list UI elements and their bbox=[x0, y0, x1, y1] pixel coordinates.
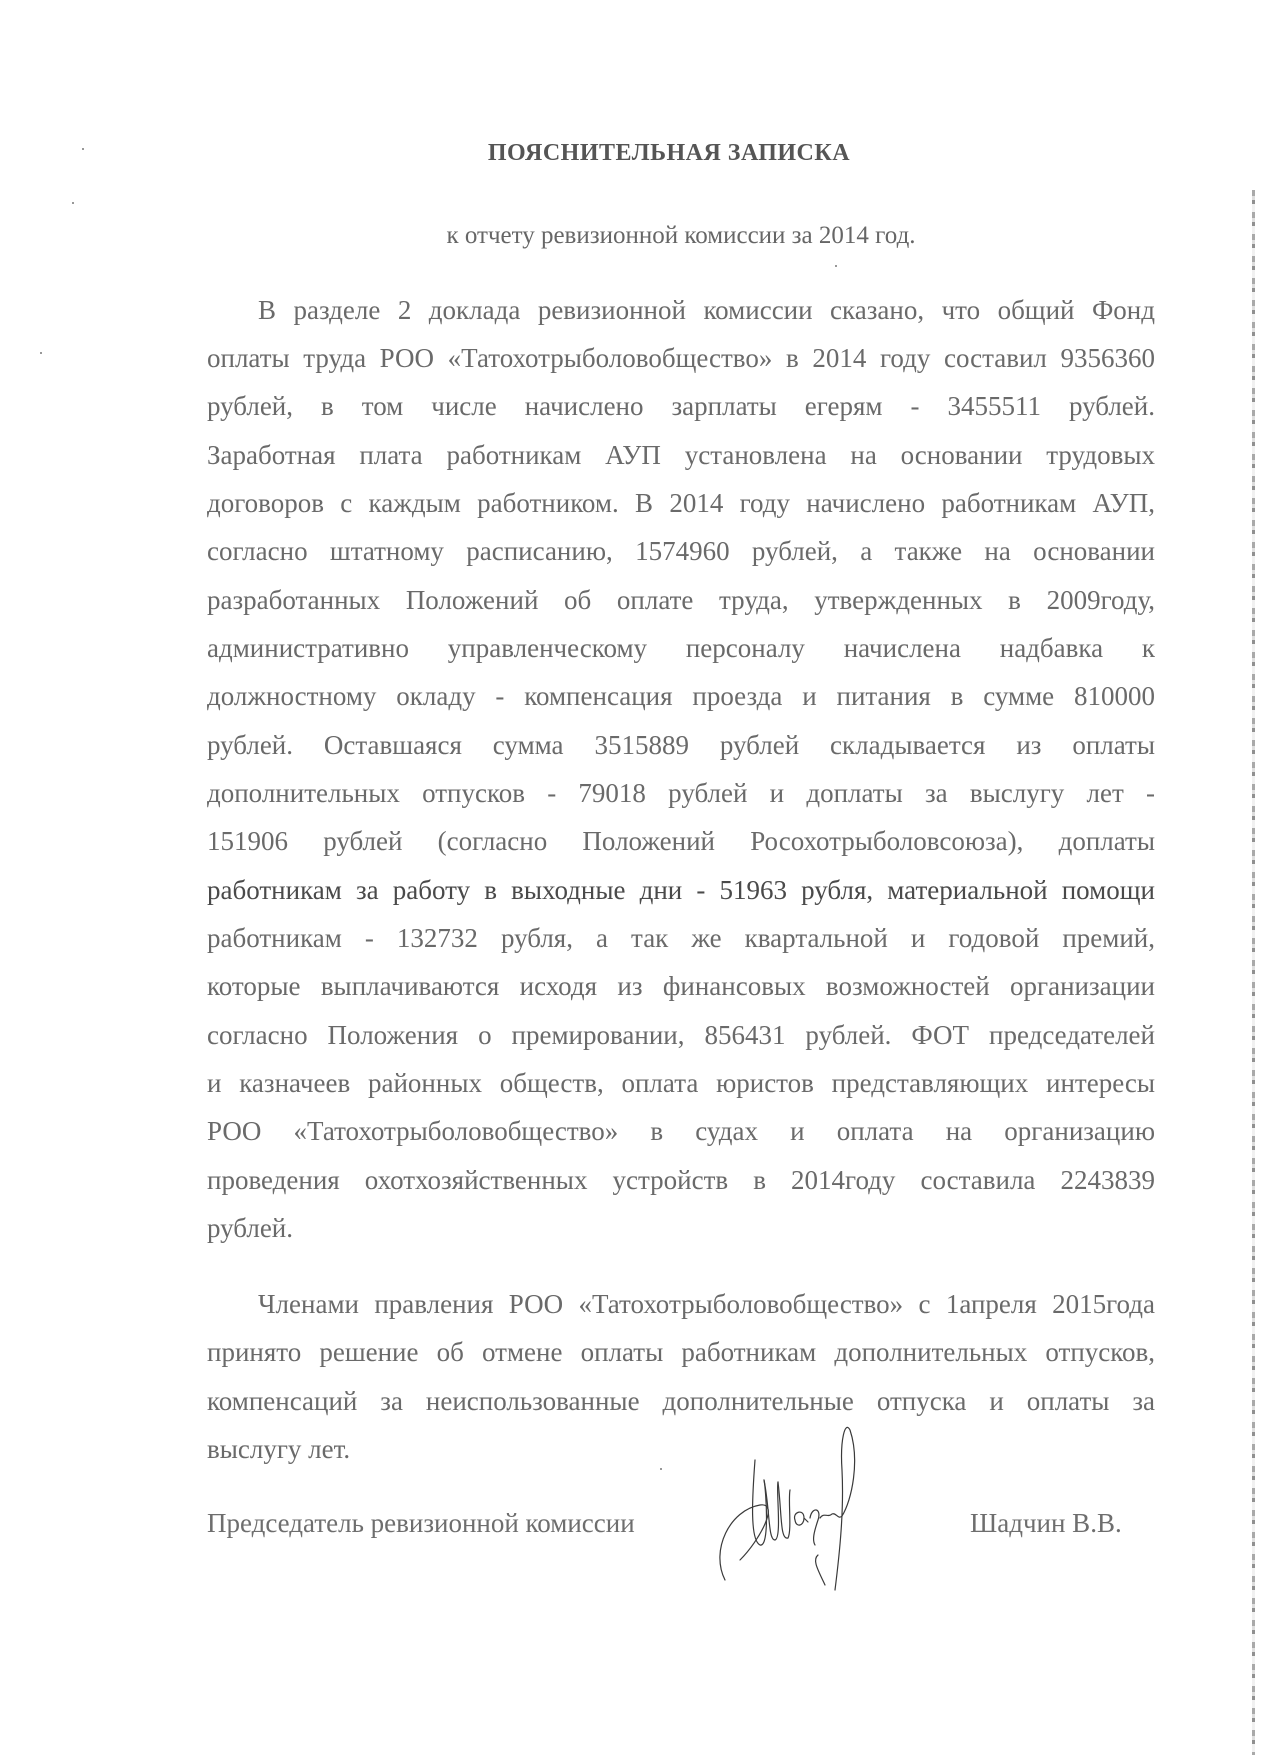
text-line: согласно Положения о премировании, 85643… bbox=[207, 1015, 1155, 1055]
signer-position: Председатель ревизионной комиссии bbox=[207, 1503, 635, 1543]
text-line: работникам - 132732 рубля, а так же квар… bbox=[207, 918, 1155, 958]
text-line: административно управленческому персонал… bbox=[207, 628, 1155, 668]
text-line: и казначеев районных обществ, оплата юри… bbox=[207, 1063, 1155, 1103]
text-line: выслугу лет. bbox=[207, 1429, 1155, 1469]
scan-speck bbox=[40, 352, 42, 354]
text-line: Членами правления РОО «Татохотрыболовобщ… bbox=[258, 1284, 1155, 1324]
text-line: 151906 рублей (согласно Положений Росохо… bbox=[207, 821, 1155, 861]
handwritten-signature-icon bbox=[700, 1420, 870, 1595]
text-line: Заработная плата работникам АУП установл… bbox=[207, 435, 1155, 475]
text-line: дополнительных отпусков - 79018 рублей и… bbox=[207, 773, 1155, 813]
text-line: РОО «Татохотрыболовобщество» в судах и о… bbox=[207, 1111, 1155, 1151]
text-line: В разделе 2 доклада ревизионной комиссии… bbox=[258, 290, 1155, 330]
text-line: работникам за работу в выходные дни - 51… bbox=[207, 870, 1155, 910]
text-line: проведения охотхозяйственных устройств в… bbox=[207, 1160, 1155, 1200]
scan-edge-shadow bbox=[1252, 190, 1255, 1755]
text-line: оплаты труда РОО «Татохотрыболовобщество… bbox=[207, 338, 1155, 378]
text-line: рублей. bbox=[207, 1208, 1155, 1248]
text-line: согласно штатному расписанию, 1574960 ру… bbox=[207, 531, 1155, 571]
scan-speck bbox=[835, 265, 837, 267]
text-line: должностному окладу - компенсация проезд… bbox=[207, 676, 1155, 716]
text-line: рублей, в том числе начислено зарплаты е… bbox=[207, 386, 1155, 426]
document-subtitle: к отчету ревизионной комиссии за 2014 го… bbox=[0, 222, 1275, 250]
signer-name: Шадчин В.В. bbox=[970, 1503, 1122, 1543]
document-title: ПОЯСНИТЕЛЬНАЯ ЗАПИСКА bbox=[0, 140, 1275, 167]
text-line: принято решение об отмене оплаты работни… bbox=[207, 1332, 1155, 1372]
scan-speck bbox=[72, 202, 74, 204]
text-line: которые выплачиваются исходя из финансов… bbox=[207, 966, 1155, 1006]
text-line: разработанных Положений об оплате труда,… bbox=[207, 580, 1155, 620]
text-line: договоров с каждым работником. В 2014 го… bbox=[207, 483, 1155, 523]
document-page: ПОЯСНИТЕЛЬНАЯ ЗАПИСКА к отчету ревизионн… bbox=[0, 0, 1275, 1755]
text-line: рублей. Оставшаяся сумма 3515889 рублей … bbox=[207, 725, 1155, 765]
text-line: компенсаций за неиспользованные дополнит… bbox=[207, 1381, 1155, 1421]
